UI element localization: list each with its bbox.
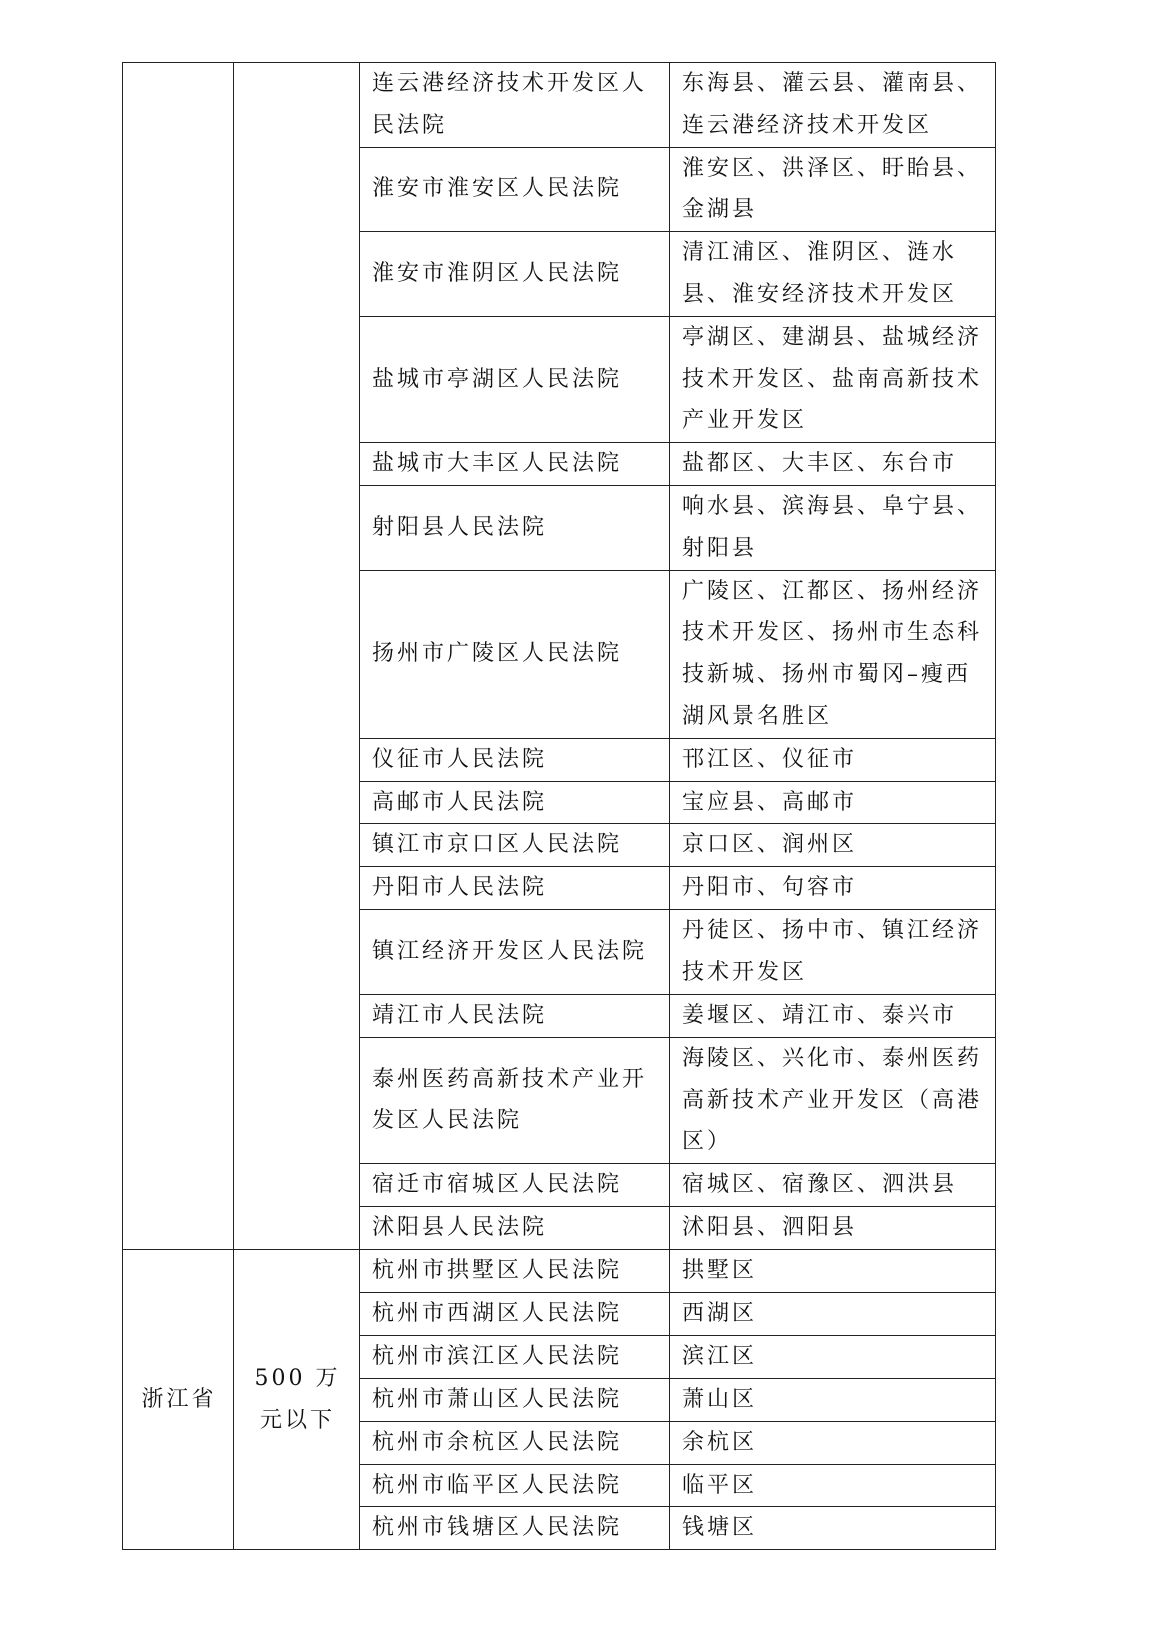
jurisdiction-cell: 邗江区、仪征市 [670,738,996,781]
court-cell: 杭州市萧山区人民法院 [360,1378,670,1421]
court-cell: 靖江市人民法院 [360,994,670,1037]
court-cell: 沭阳县人民法院 [360,1207,670,1250]
court-cell: 淮安市淮阴区人民法院 [360,232,670,317]
jurisdiction-cell: 盐都区、大丰区、东台市 [670,443,996,486]
court-cell: 淮安市淮安区人民法院 [360,147,670,232]
court-cell: 杭州市临平区人民法院 [360,1464,670,1507]
province-cell: 浙江省 [123,1249,234,1549]
document-page: 连云港经济技术开发区人民法院 东海县、灌云县、灌南县、连云港经济技术开发区 淮安… [0,0,1149,1626]
jurisdiction-cell: 余杭区 [670,1421,996,1464]
court-cell: 盐城市亭湖区人民法院 [360,316,670,442]
court-cell: 杭州市钱塘区人民法院 [360,1507,670,1550]
court-cell: 射阳县人民法院 [360,485,670,570]
court-cell: 泰州医药高新技术产业开发区人民法院 [360,1037,670,1163]
jurisdiction-cell: 萧山区 [670,1378,996,1421]
jurisdiction-cell: 宝应县、高邮市 [670,781,996,824]
court-cell: 宿迁市宿城区人民法院 [360,1164,670,1207]
jurisdiction-cell: 丹徒区、扬中市、镇江经济技术开发区 [670,910,996,995]
court-cell: 镇江经济开发区人民法院 [360,910,670,995]
court-cell: 高邮市人民法院 [360,781,670,824]
amount-cell [234,63,360,1250]
jurisdiction-cell: 西湖区 [670,1292,996,1335]
court-cell: 镇江市京口区人民法院 [360,824,670,867]
amount-cell: 500 万元以下 [234,1249,360,1549]
jurisdiction-cell: 清江浦区、淮阴区、涟水县、淮安经济技术开发区 [670,232,996,317]
jurisdiction-cell: 响水县、滨海县、阜宁县、射阳县 [670,485,996,570]
province-cell [123,63,234,1250]
jurisdiction-cell: 丹阳市、句容市 [670,867,996,910]
court-cell: 杭州市拱墅区人民法院 [360,1249,670,1292]
jurisdiction-cell: 广陵区、江都区、扬州经济技术开发区、扬州市生态科技新城、扬州市蜀冈–瘦西湖风景名… [670,570,996,738]
table-row: 浙江省 500 万元以下 杭州市拱墅区人民法院 拱墅区 [123,1249,996,1292]
jurisdiction-cell: 临平区 [670,1464,996,1507]
jurisdiction-cell: 宿城区、宿豫区、泗洪县 [670,1164,996,1207]
court-cell: 仪征市人民法院 [360,738,670,781]
jurisdiction-cell: 海陵区、兴化市、泰州医药高新技术产业开发区（高港区） [670,1037,996,1163]
court-cell: 丹阳市人民法院 [360,867,670,910]
jurisdiction-cell: 姜堰区、靖江市、泰兴市 [670,994,996,1037]
jurisdiction-cell: 滨江区 [670,1335,996,1378]
jurisdiction-cell: 钱塘区 [670,1507,996,1550]
jurisdiction-cell: 拱墅区 [670,1249,996,1292]
jurisdiction-cell: 亭湖区、建湖县、盐城经济技术开发区、盐南高新技术产业开发区 [670,316,996,442]
table-row: 连云港经济技术开发区人民法院 东海县、灌云县、灌南县、连云港经济技术开发区 [123,63,996,148]
jurisdiction-cell: 东海县、灌云县、灌南县、连云港经济技术开发区 [670,63,996,148]
court-cell: 扬州市广陵区人民法院 [360,570,670,738]
jurisdiction-cell: 沭阳县、泗阳县 [670,1207,996,1250]
jurisdiction-cell: 京口区、润州区 [670,824,996,867]
court-cell: 杭州市西湖区人民法院 [360,1292,670,1335]
jurisdiction-cell: 淮安区、洪泽区、盱眙县、金湖县 [670,147,996,232]
court-cell: 盐城市大丰区人民法院 [360,443,670,486]
court-jurisdiction-table: 连云港经济技术开发区人民法院 东海县、灌云县、灌南县、连云港经济技术开发区 淮安… [122,62,996,1550]
court-cell: 连云港经济技术开发区人民法院 [360,63,670,148]
court-cell: 杭州市滨江区人民法院 [360,1335,670,1378]
court-cell: 杭州市余杭区人民法院 [360,1421,670,1464]
